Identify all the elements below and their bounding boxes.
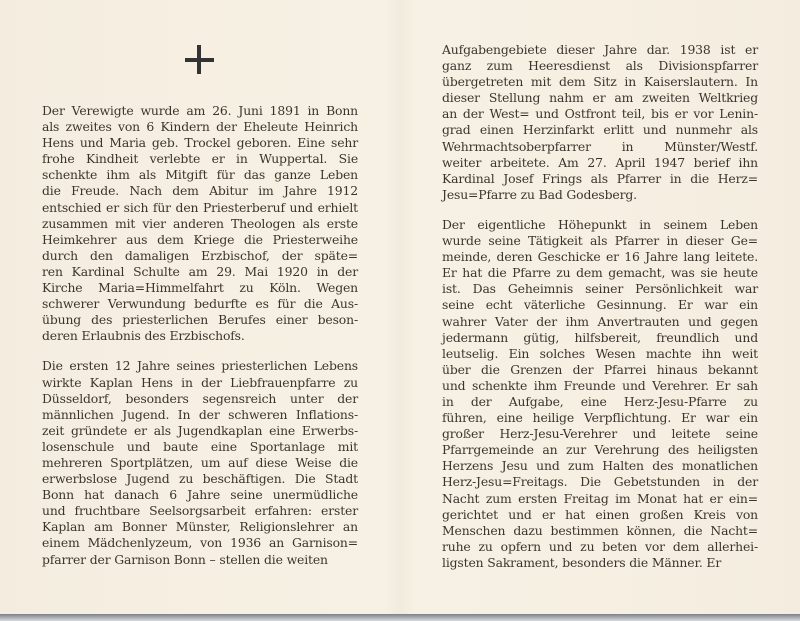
cross-icon: [185, 45, 214, 74]
text-line: schwerer Verwundung bedurfte es für die …: [42, 296, 358, 312]
text-line: Herzens Jesu und zum Halten des monatlic…: [442, 458, 758, 474]
text-line: seine echt väterliche Gesinnung. Er war …: [442, 297, 758, 313]
scan-background-edge: [0, 614, 800, 621]
text-line: ren Kardinal Schulte am 29. Mai 1920 in …: [42, 264, 358, 280]
text-line: Der eigentliche Höhepunkt in seinem Lebe…: [442, 217, 758, 233]
text-line: übergetreten mit dem Sitz in Kaiserslaut…: [442, 74, 758, 90]
paragraph: Aufgabengebiete dieser Jahre dar. 1938 i…: [442, 42, 758, 203]
text-line: einem Mädchenlyzeum, von 1936 an Garniso…: [42, 535, 358, 551]
paragraph: Die ersten 12 Jahre seines priesterliche…: [42, 358, 358, 567]
memorial-card-sheet: Der Verewigte wurde am 26. Juni 1891 in …: [0, 0, 800, 614]
text-line: Wehrmachtsoberpfarrer in Münster/Westf.: [442, 139, 758, 155]
text-line: Herz-Jesu=Freitags. Die Gebetstunden in …: [442, 474, 758, 490]
text-line: ist. Das Geheimnis seiner Persönlichkeit…: [442, 281, 758, 297]
text-line: Bonn hat danach 6 Jahre seine unermüdlic…: [42, 487, 358, 503]
text-line: Der Verewigte wurde am 26. Juni 1891 in …: [42, 103, 358, 119]
text-line: ganz zum Heeresdienst als Divisionspfarr…: [442, 58, 758, 74]
text-line: wurde seine Tätigkeit als Pfarrer in die…: [442, 233, 758, 249]
text-line: Hens und Maria geb. Trockel geboren. Ein…: [42, 135, 358, 151]
text-line: entschied er sich für den Priesterberuf …: [42, 200, 358, 216]
text-line: wirkte Kaplan Hens in der Liebfrauenpfar…: [42, 375, 358, 391]
text-line: dieser Stellung nahm er am zweiten Weltk…: [442, 90, 758, 106]
text-line: Nacht zum ersten Freitag im Monat hat er…: [442, 491, 758, 507]
text-line: pfarrer der Garnison Bonn – stellen die …: [42, 552, 358, 568]
text-line: an der West= und Ostfront teil, bis er v…: [442, 106, 758, 122]
text-line: übung des priesterlichen Berufes einer b…: [42, 312, 358, 328]
text-line: Menschen dazu bestimmen können, die Nach…: [442, 523, 758, 539]
text-line: führen, eine heilige Verpflichtung. Er w…: [442, 410, 758, 426]
left-column-text: Der Verewigte wurde am 26. Juni 1891 in …: [42, 103, 358, 582]
text-line: durch den damaligen Erzbischof, der spät…: [42, 248, 358, 264]
text-line: und schenkte ihm Freunde und Verehrer. E…: [442, 378, 758, 394]
text-line: Kirche Maria=Himmelfahrt zu Köln. Wegen: [42, 280, 358, 296]
right-column-text: Aufgabengebiete dieser Jahre dar. 1938 i…: [442, 42, 758, 585]
text-line: Er hat die Pfarre zu dem gemacht, was si…: [442, 265, 758, 281]
text-line: zusammen mit vier anderen Theologen als …: [42, 216, 358, 232]
text-line: in der Aufgabe, eine Herz-Jesu-Pfarre zu: [442, 394, 758, 410]
text-line: Pfarrgemeinde an zur Verehrung des heili…: [442, 442, 758, 458]
text-line: weiter arbeitete. Am 27. April 1947 beri…: [442, 155, 758, 171]
paragraph: Der eigentliche Höhepunkt in seinem Lebe…: [442, 217, 758, 571]
text-line: und fruchtbare Seelsorgsarbeit erfahren:…: [42, 503, 358, 519]
text-line: Düsseldorf, besonders segensreich unter …: [42, 391, 358, 407]
text-line: männlichen Jugend. In der schweren Infla…: [42, 407, 358, 423]
text-line: schenkte ihm als Mitgift für das ganze L…: [42, 167, 358, 183]
text-line: gerichtet und er hat einen großen Kreis …: [442, 507, 758, 523]
text-line: grad einen Herzinfarkt erlitt und nunmeh…: [442, 122, 758, 138]
text-line: leutselig. Ein solches Wesen machte ihn …: [442, 346, 758, 362]
text-line: über die Grenzen der Pfarrei hinaus beka…: [442, 362, 758, 378]
text-line: deren Erlaubnis des Erzbischofs.: [42, 328, 358, 344]
text-line: meinde, deren Geschicke er 16 Jahre lang…: [442, 249, 758, 265]
text-line: losenschule und baute eine Sportanlage m…: [42, 439, 358, 455]
text-line: Heimkehrer aus dem Kriege die Priesterwe…: [42, 232, 358, 248]
text-line: wahrer Vater der ihm Anvertrauten und ge…: [442, 314, 758, 330]
text-line: Kardinal Josef Frings als Pfarrer in die…: [442, 171, 758, 187]
right-page: Aufgabengebiete dieser Jahre dar. 1938 i…: [400, 0, 800, 614]
text-line: frohe Kindheit verlebte er in Wuppertal.…: [42, 151, 358, 167]
text-line: Kaplan am Bonner Münster, Religionslehre…: [42, 519, 358, 535]
text-line: großer Herz-Jesu-Verehrer und leitete se…: [442, 426, 758, 442]
text-line: ligsten Sakrament, besonders die Männer.…: [442, 555, 758, 571]
text-line: mehreren Sportplätzen, um auf diese Weis…: [42, 455, 358, 471]
text-line: die Freude. Nach dem Abitur im Jahre 191…: [42, 183, 358, 199]
text-line: Jesu=Pfarre zu Bad Godesberg.: [442, 187, 758, 203]
text-line: jedermann gütig, hilfsbereit, freundlich…: [442, 330, 758, 346]
left-page: Der Verewigte wurde am 26. Juni 1891 in …: [0, 0, 400, 614]
text-line: erwerbslose Jugend zu beschäftigen. Die …: [42, 471, 358, 487]
text-line: zeit gründete er als Jugendkaplan eine E…: [42, 423, 358, 439]
text-line: als zweites von 6 Kindern der Eheleute H…: [42, 119, 358, 135]
text-line: Aufgabengebiete dieser Jahre dar. 1938 i…: [442, 42, 758, 58]
paragraph: Der Verewigte wurde am 26. Juni 1891 in …: [42, 103, 358, 344]
text-line: Die ersten 12 Jahre seines priesterliche…: [42, 358, 358, 374]
text-line: ruhe zu opfern und zu beten vor dem alle…: [442, 539, 758, 555]
